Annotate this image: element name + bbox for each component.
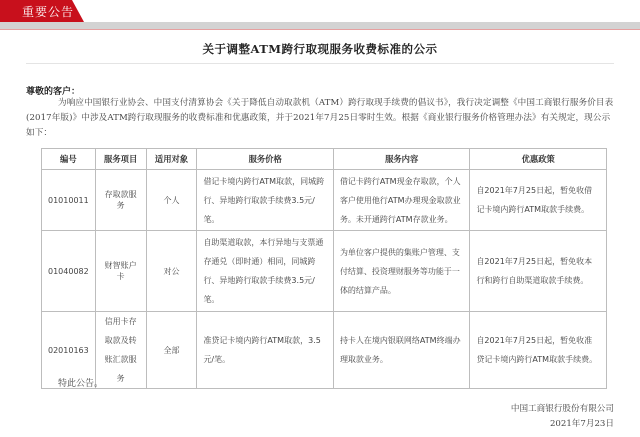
cell-content: 持卡人在境内银联网络ATM终端办理取款业务。 [333, 312, 470, 389]
cell-service: 财智账户卡 [95, 231, 146, 312]
header-divider [0, 22, 640, 30]
title-divider [26, 63, 614, 64]
cell-target: 全部 [146, 312, 197, 389]
table-header-row: 编号 服务项目 适用对象 服务价格 服务内容 优惠政策 [42, 149, 607, 170]
header-content: 服务内容 [333, 149, 470, 170]
header-target: 适用对象 [146, 149, 197, 170]
notice-body: 为响应中国银行业协会、中国支付清算协会《关于降低自动取款机（ATM）跨行取现手续… [26, 96, 614, 141]
cell-price: 准贷记卡境内跨行ATM取款，3.5元/笔。 [197, 312, 334, 389]
table-row: 01010011 存取款服务 个人 借记卡境内跨行ATM取款，同城跨行、异地跨行… [42, 170, 607, 231]
header-bar: 重要公告 [0, 0, 640, 30]
cell-price: 自助渠道取款，本行异地与支票通存通兑（即时通）相同，同城跨行、异地跨行取款手续费… [197, 231, 334, 312]
table-row: 01040082 财智账户卡 对公 自助渠道取款，本行异地与支票通存通兑（即时通… [42, 231, 607, 312]
cell-price: 借记卡境内跨行ATM取款，同城跨行、异地跨行取款手续费3.5元/笔。 [197, 170, 334, 231]
cell-policy: 自2021年7月25日起，暂免收准贷记卡境内跨行ATM取款手续费。 [470, 312, 607, 389]
header-service: 服务项目 [95, 149, 146, 170]
cell-target: 对公 [146, 231, 197, 312]
header-price: 服务价格 [197, 149, 334, 170]
section-tab-label: 重要公告 [22, 3, 74, 20]
table-row: 02010163 信用卡存取款及转账汇款服务 全部 准贷记卡境内跨行ATM取款，… [42, 312, 607, 389]
header-code: 编号 [42, 149, 96, 170]
cell-code: 01040082 [42, 231, 96, 312]
cell-content: 借记卡跨行ATM现金存取款，个人客户使用他行ATM办理现金取款业务。未开通跨行A… [333, 170, 470, 231]
signature-company: 中国工商银行股份有限公司 [511, 402, 614, 414]
cell-policy: 自2021年7月25日起，暂免收借记卡境内跨行ATM取款手续费。 [470, 170, 607, 231]
closing-text: 特此公告。 [58, 376, 103, 389]
fee-table: 编号 服务项目 适用对象 服务价格 服务内容 优惠政策 01010011 存取款… [41, 148, 607, 389]
cell-content: 为单位客户提供的集账户管理、支付结算、投资理财服务等功能于一体的结算产品。 [333, 231, 470, 312]
cell-code: 01010011 [42, 170, 96, 231]
cell-service: 存取款服务 [95, 170, 146, 231]
cell-policy: 自2021年7月25日起，暂免收本行和跨行自助渠道取款手续费。 [470, 231, 607, 312]
cell-target: 个人 [146, 170, 197, 231]
header-policy: 优惠政策 [470, 149, 607, 170]
signature-date: 2021年7月23日 [550, 417, 614, 429]
notice-title: 关于调整ATM跨行取现服务收费标准的公示 [0, 41, 640, 57]
